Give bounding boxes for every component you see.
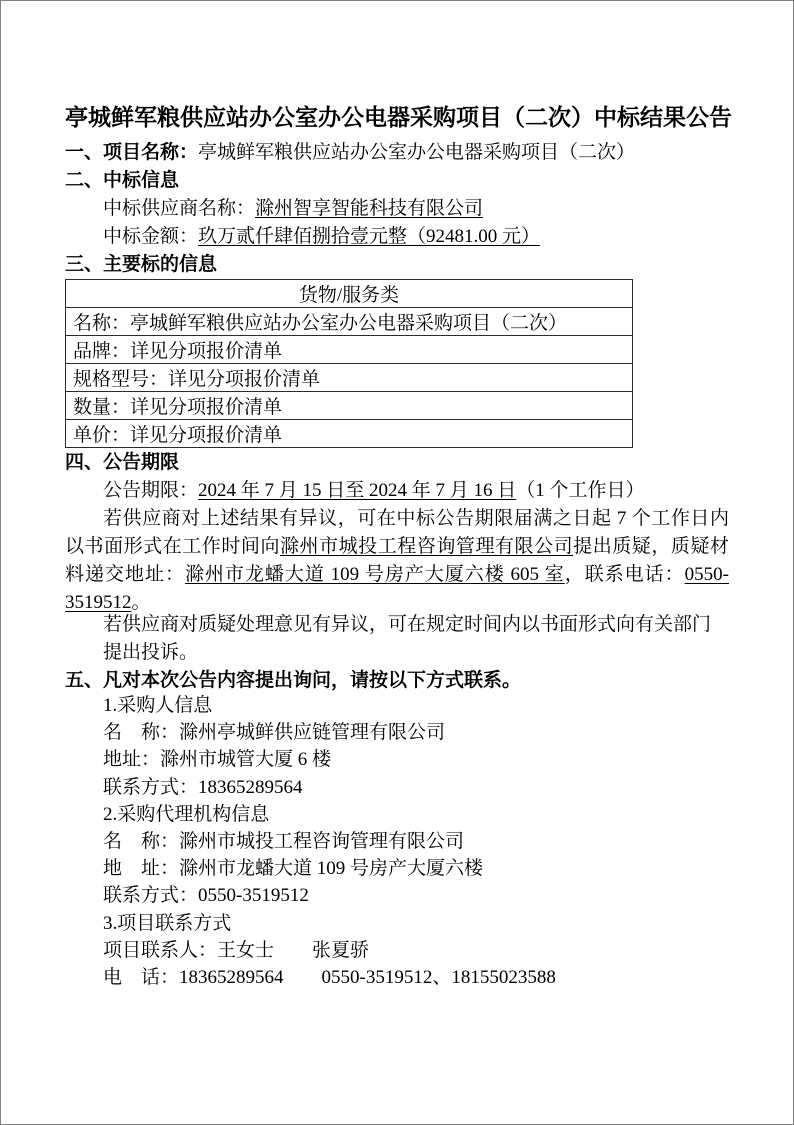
agency-name: 名 称：滁州市城投工程咨询管理有限公司 [65,828,729,855]
buyer-info-title: 1.采购人信息 [65,692,729,719]
agency-contact: 联系方式：0550-3519512 [65,882,729,909]
award-info-heading: 二、中标信息 [65,167,729,195]
table-header-row: 货物/服务类 [66,280,633,308]
period-duration: （1 个工作日） [516,480,644,501]
announcement-period-line: 公告期限：2024 年 7 月 15 日至 2024 年 7 月 16 日（1 … [65,477,729,505]
document-title: 亭城鲜军粮供应站办公室办公电器采购项目（二次）中标结果公告 [65,104,729,130]
supplier-name-line: 中标供应商名称：滁州智享智能科技有限公司 [65,195,729,223]
agency-address: 地 址：滁州市龙蟠大道 109 号房产大厦六楼 [65,855,729,882]
table-row: 名称：亭城鲜军粮供应站办公室办公电器采购项目（二次） [66,308,633,336]
project-contact-title: 3.项目联系方式 [65,910,729,937]
document-content: 亭城鲜军粮供应站办公室办公电器采购项目（二次）中标结果公告 一、项目名称：亭城鲜… [1,104,793,991]
subject-info-heading: 三、主要标的信息 [65,251,729,279]
project-contact-persons: 项目联系人：王女士 张夏骄 [65,937,729,964]
table-cell-unit-price: 单价：详见分项报价清单 [66,420,633,448]
contact-section-heading: 五、凡对本次公告内容提出询问，请按以下方式联系。 [65,667,729,695]
table-cell-spec: 规格型号：详见分项报价清单 [66,364,633,392]
project-name-value: 亭城鲜军粮供应站办公室办公电器采购项目（二次） [198,142,635,163]
objection-text-3: ，联系电话： [565,564,685,585]
submission-address-underlined: 滁州市龙蟠大道 109 号房产大厦六楼 605 室 [185,564,565,585]
project-contact-phones: 电 话：18365289564 0550-3519512、18155023588 [65,964,729,991]
subject-info-table: 货物/服务类 名称：亭城鲜军粮供应站办公室办公电器采购项目（二次） 品牌：详见分… [65,279,633,448]
project-name-heading: 一、项目名称： [65,142,198,163]
table-cell-name: 名称：亭城鲜军粮供应站办公室办公电器采购项目（二次） [66,308,633,336]
section-project-name: 一、项目名称：亭城鲜军粮供应站办公室办公电器采购项目（二次） [65,139,729,167]
buyer-name: 名 称：滁州亭城鲜供应链管理有限公司 [65,719,729,746]
table-cell-brand: 品牌：详见分项报价清单 [66,336,633,364]
table-row: 规格型号：详见分项报价清单 [66,364,633,392]
agency-name-underlined: 滁州市城投工程咨询管理有限公司 [280,536,573,557]
buyer-contact: 联系方式：18365289564 [65,774,729,801]
agency-info-title: 2.采购代理机构信息 [65,801,729,828]
buyer-address: 地址：滁州市城管大厦 6 楼 [65,746,729,773]
award-amount-value: 玖万贰仟肆佰捌拾壹元整（92481.00 元） [198,226,540,247]
award-amount-line: 中标金额：玖万贰仟肆佰捌拾壹元整（92481.00 元） [65,223,729,251]
objection-paragraph: 若供应商对上述结果有异议，可在中标公告期限届满之日起 7 个工作日内以书面形式在… [65,505,729,617]
award-amount-label: 中标金额： [103,226,198,247]
supplier-name-label: 中标供应商名称： [103,198,255,219]
document-page: 亭城鲜军粮供应站办公室办公电器采购项目（二次）中标结果公告 一、项目名称：亭城鲜… [0,0,794,1125]
contacts-block: 1.采购人信息 名 称：滁州亭城鲜供应链管理有限公司 地址：滁州市城管大厦 6 … [65,692,729,991]
table-row: 数量：详见分项报价清单 [66,392,633,420]
table-row: 单价：详见分项报价清单 [66,420,633,448]
complaint-paragraph: 若供应商对质疑处理意见有异议，可在规定时间内以书面形式向有关部门提出投诉。 [65,611,729,667]
period-label: 公告期限： [103,480,198,501]
announcement-period-heading: 四、公告期限 [65,449,729,477]
table-header-cell: 货物/服务类 [66,280,633,308]
period-value: 2024 年 7 月 15 日至 2024 年 7 月 16 日 [198,480,516,501]
objection-text-4: 。 [132,592,151,613]
table-cell-quantity: 数量：详见分项报价清单 [66,392,633,420]
table-row: 品牌：详见分项报价清单 [66,336,633,364]
supplier-name-value: 滁州智享智能科技有限公司 [255,198,483,219]
